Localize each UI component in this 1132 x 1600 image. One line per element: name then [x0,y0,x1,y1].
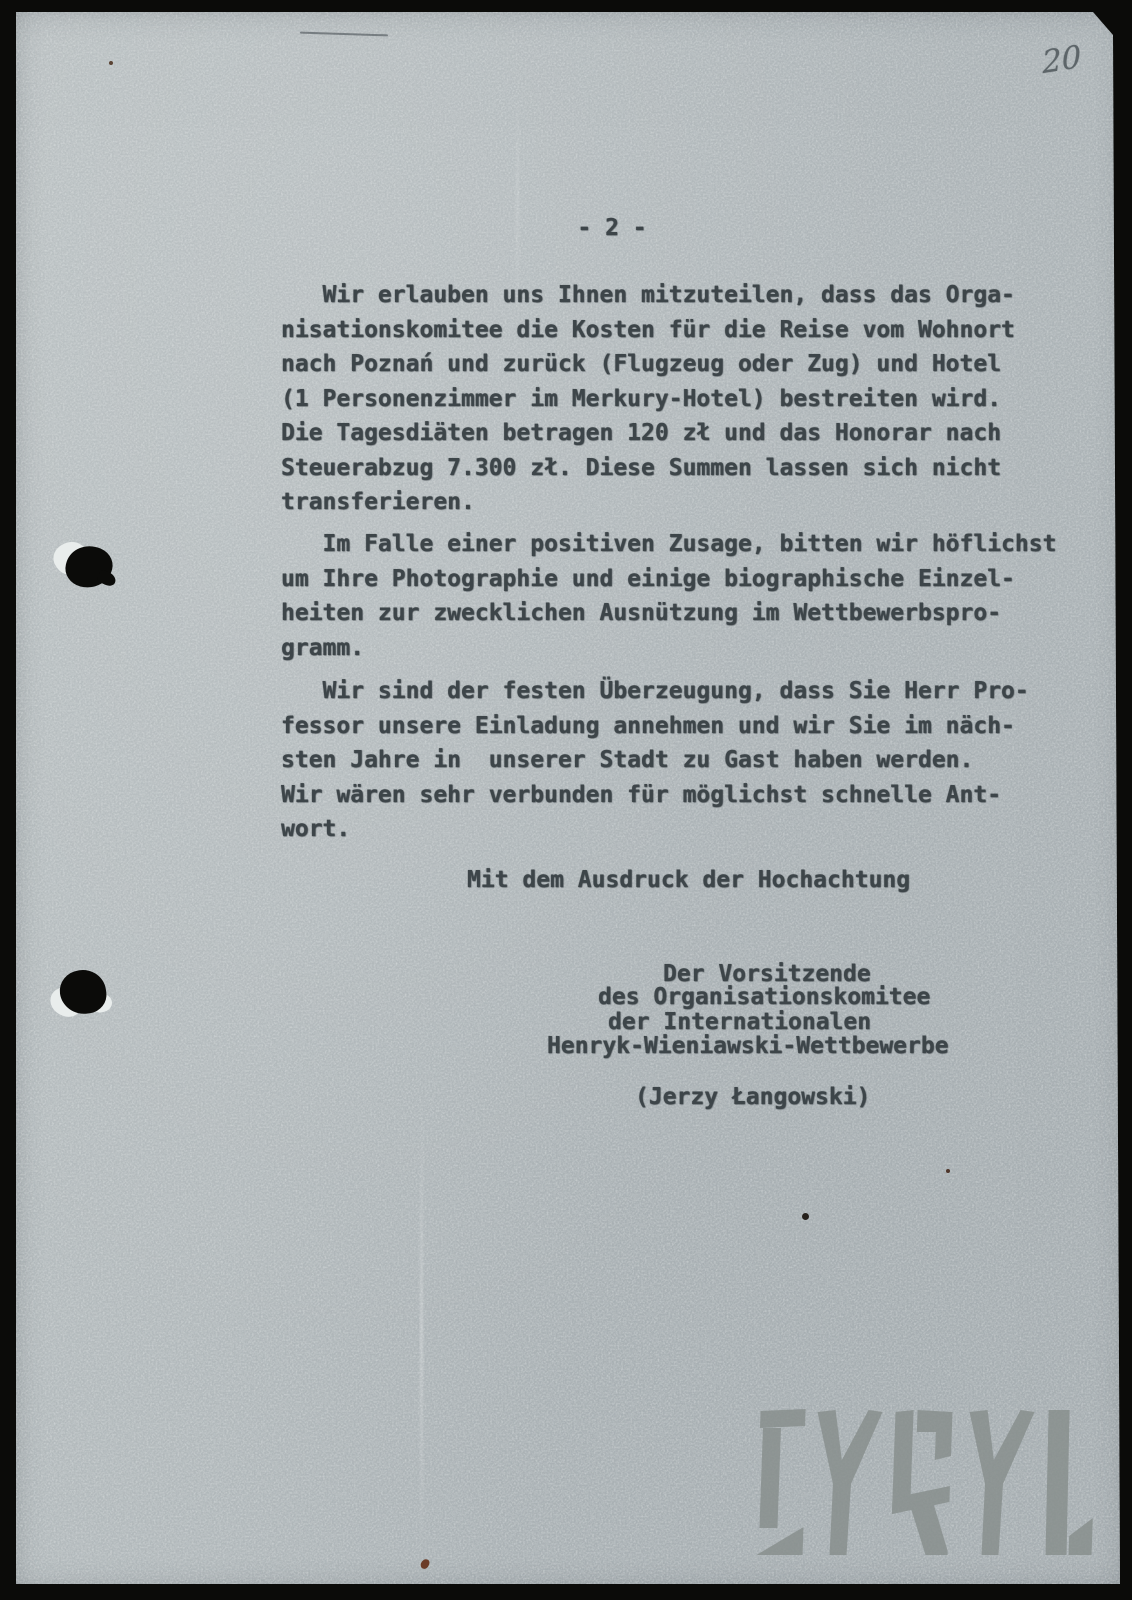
text-line: heiten zur zwecklichen Ausnützung im Wet… [281,596,1056,631]
text-line: Im Falle einer positiven Zusage, bitten … [281,527,1056,562]
text-line: Wir erlauben uns Ihnen mitzuteilen, dass… [281,278,1015,313]
text-line: um Ihre Photographie und einige biograph… [281,562,1056,597]
closing-salutation: Mit dem Ausdruck der Hochachtung [467,868,910,893]
letter-page: 20 - 2 - Wir erlauben uns Ihnen mitzutei… [16,12,1120,1584]
ink-speck [946,1169,950,1173]
paragraph-travel-costs: Wir erlauben uns Ihnen mitzuteilen, dass… [281,278,1015,520]
scan-background: { "page": { "handwritten_number": "20", … [0,0,1132,1600]
signatory-name: (Jerzy Łangowski) [635,1085,870,1109]
text-line: Wir sind der festen Überzeugung, dass Si… [281,674,1029,709]
text-line: nisationskomitee die Kosten für die Reis… [281,313,1015,348]
text-line: fessor unsere Einladung annehmen und wir… [281,709,1029,744]
paragraph-invitation: Wir sind der festen Überzeugung, dass Si… [281,674,1029,847]
typed-page-number: - 2 - [552,216,672,241]
text-line: (1 Personenzimmer im Merkury-Hotel) best… [281,382,1015,417]
text-line: Wir wären sehr verbunden für möglichst s… [281,778,1029,813]
cyryl-watermark [750,1406,1111,1562]
signature-title-line: Henryk-Wieniawski-Wettbewerbe [547,1034,949,1058]
text-line: Die Tagesdiäten betragen 120 zł und das … [281,416,1015,451]
handwritten-page-number: 20 [1041,39,1082,81]
ink-speck [109,61,113,65]
text-line: gramm. [281,631,1056,666]
hole-opening [96,569,118,588]
signature-title-line: Der Vorsitzende [663,962,871,986]
signature-title-line: des Organisationskomitee [598,985,930,1009]
paper-crease [420,1092,423,1572]
ink-speck [802,1213,809,1220]
text-line: nach Poznań und zurück (Flugzeug oder Zu… [281,347,1015,382]
punch-hole [50,968,120,1030]
text-line: wort. [281,812,1029,847]
text-line: Steuerabzug 7.300 zł. Diese Summen lasse… [281,451,1015,486]
text-line: transferieren. [281,485,1015,520]
punch-hole [54,538,124,598]
signature-title-line: der Internationalen [608,1010,871,1034]
paragraph-photo-request: Im Falle einer positiven Zusage, bitten … [281,527,1056,665]
text-line: sten Jahre in unserer Stadt zu Gast habe… [281,743,1029,778]
scratch-mark [300,32,388,36]
